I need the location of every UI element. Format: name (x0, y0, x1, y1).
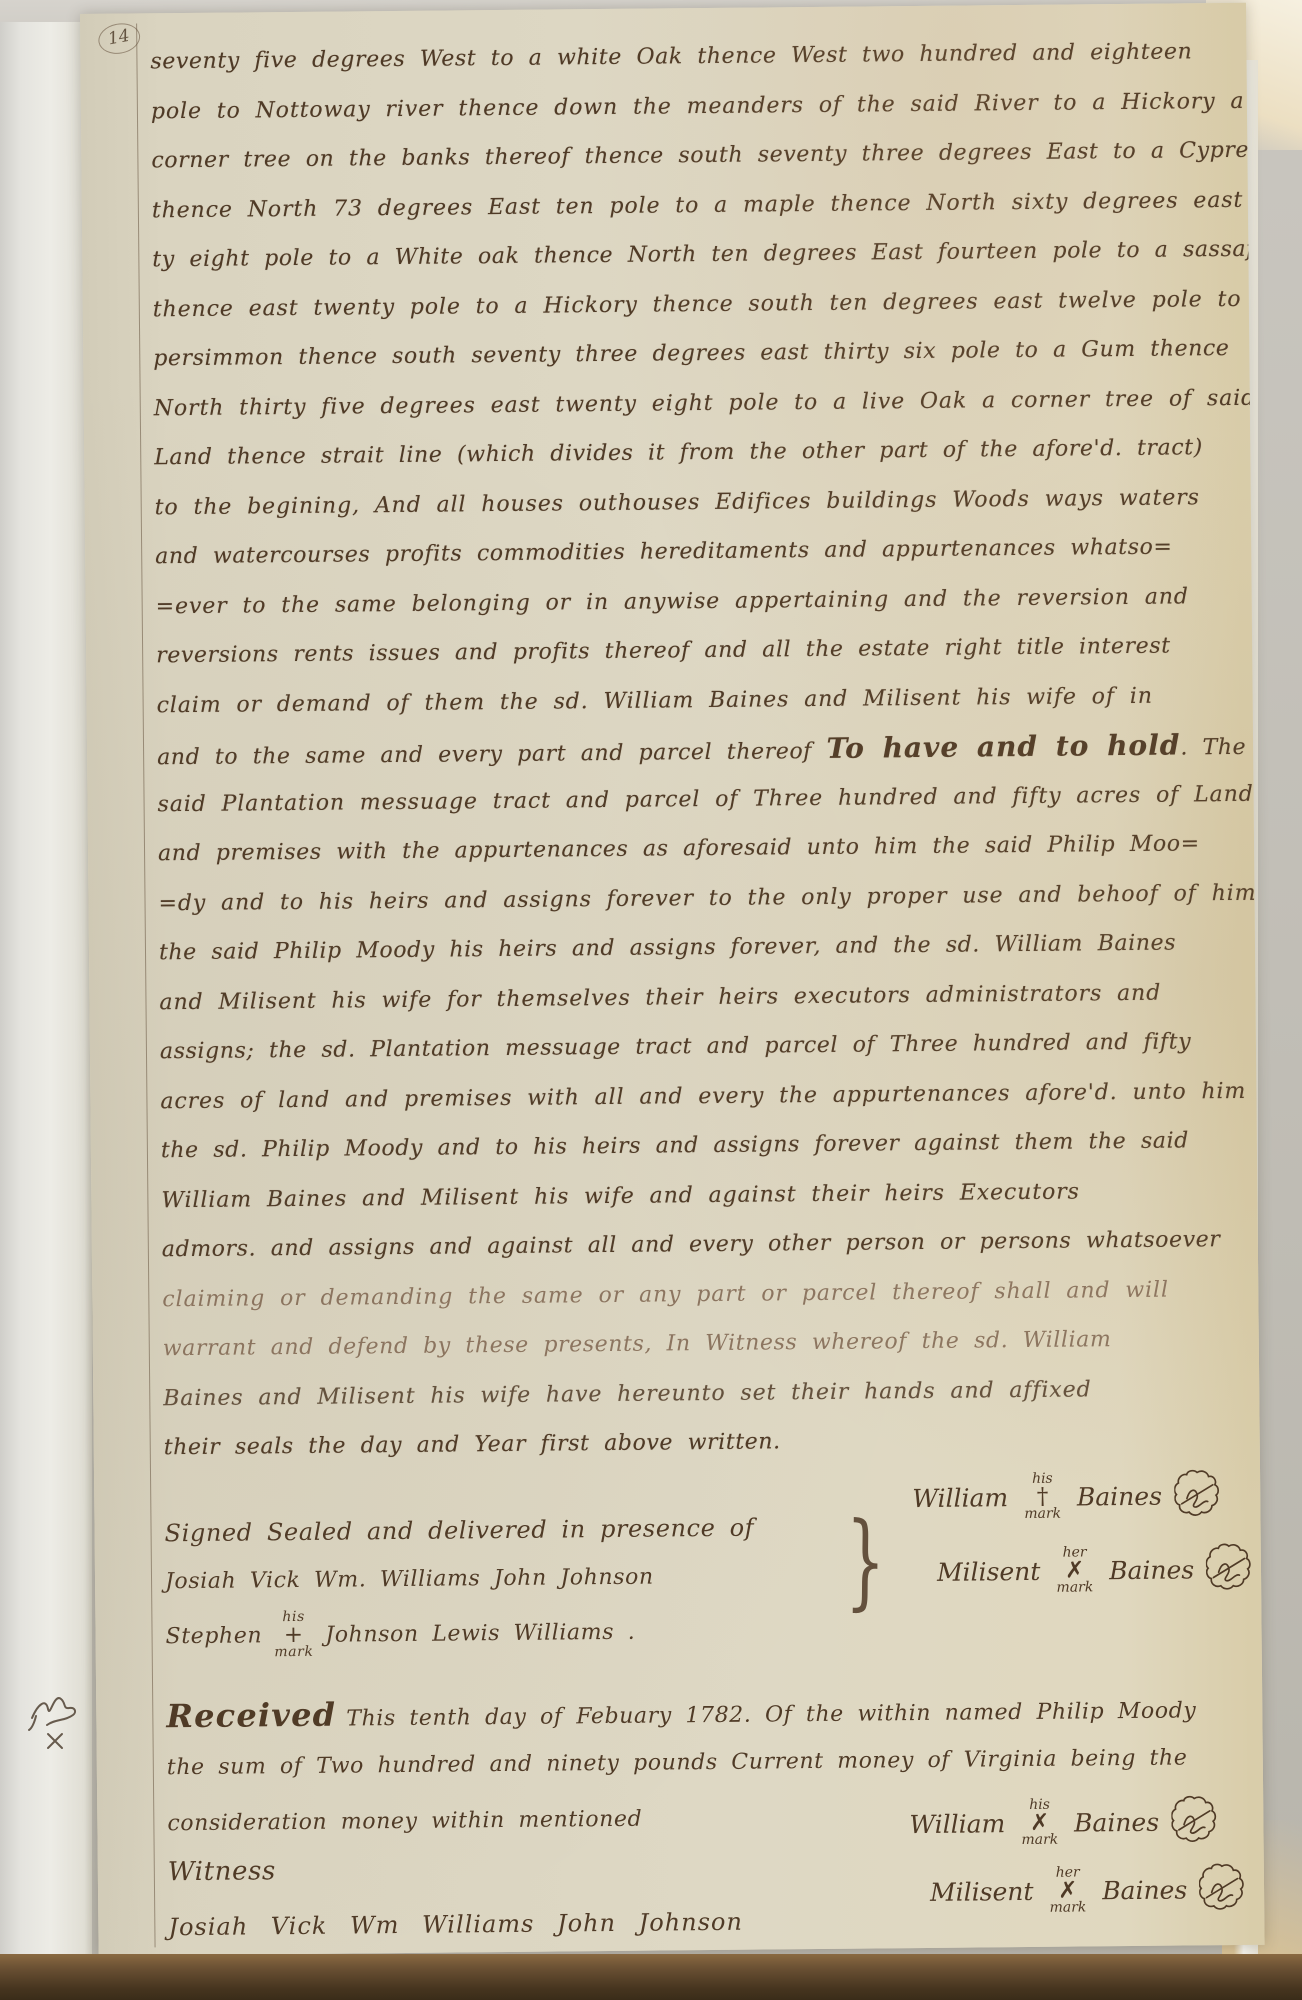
seal-icon (1171, 1795, 1217, 1847)
attestation-brace-icon: } (845, 1499, 886, 1623)
mark-bottom-label: mark (274, 1645, 313, 1660)
witness-mark-stack: his + mark (274, 1610, 314, 1660)
signature-surname: Baines (1102, 1875, 1187, 1905)
mark-bottom-label: mark (1050, 1901, 1087, 1916)
receipt-line-1-rest: This tenth day of Febuary 1782. Of the w… (346, 1698, 1196, 1731)
signature-mark-stack: her ✗ mark (1056, 1545, 1093, 1595)
signature-milisent-baines-receipt: Milisent her ✗ mark Baines (930, 1863, 1246, 1918)
witness-given-name: Stephen (165, 1623, 262, 1649)
signature-milisent-baines-deed: Milisent her ✗ mark Baines (937, 1543, 1253, 1598)
deed-line: Baines and Milisent his wife have hereun… (163, 1363, 1259, 1423)
witness-names-line: Josiah Vick Wm. Williams John Johnson (165, 1565, 654, 1595)
receipt-witness-names: Josiah Vick Wm Williams John Johnson (168, 1908, 743, 1942)
attestation-presence-line: Signed Sealed and delivered in presence … (164, 1514, 754, 1548)
seal-icon (1199, 1863, 1245, 1915)
signature-william-baines-receipt: William his ✗ mark Baines (909, 1795, 1217, 1850)
signature-surname: Baines (1109, 1555, 1194, 1585)
mark-symbol: ✗ (1030, 1812, 1049, 1833)
signature-mark-stack: her ✗ mark (1049, 1865, 1086, 1915)
signature-william-baines-deed: William his † mark Baines (912, 1469, 1220, 1524)
deed-text: seventy five degrees West to a white Oak… (150, 27, 1260, 1473)
signature-mark-stack: his ✗ mark (1021, 1798, 1058, 1848)
clerk-margin-flourish-icon (24, 1682, 102, 1766)
seal-icon (1174, 1469, 1220, 1521)
wood-table-edge (0, 1954, 1302, 2000)
mark-symbol: ✗ (1058, 1880, 1077, 1901)
receipt-line-1: ReceivedThis tenth day of Febuary 1782. … (166, 1687, 1196, 1735)
mark-symbol: + (284, 1625, 304, 1646)
signature-mark-stack: his † mark (1024, 1472, 1061, 1522)
mark-symbol: † (1037, 1486, 1049, 1507)
receipt-lead-word: Received (166, 1696, 336, 1736)
photograph: 14 seventy five degrees West to a white … (0, 0, 1302, 2000)
emphasis-phrase: To have and to hold (826, 728, 1180, 764)
signature-surname: Baines (1077, 1481, 1162, 1511)
receipt-line-2: the sum of Two hundred and ninety pounds… (167, 1745, 1188, 1780)
page-left-folded-edge (0, 22, 92, 1958)
seal-icon (1206, 1543, 1252, 1595)
receipt-line-3: consideration money within mentioned (167, 1807, 642, 1837)
mark-bottom-label: mark (1024, 1507, 1061, 1522)
signature-given-name: William (909, 1809, 1005, 1839)
deed-line: their seals the day and Year first above… (164, 1413, 1260, 1473)
signature-given-name: Milisent (937, 1556, 1041, 1586)
signature-given-name: Milisent (930, 1876, 1034, 1906)
mark-symbol: ✗ (1065, 1560, 1084, 1581)
deed-line: the sd. Philip Moody and to his heirs an… (161, 1116, 1257, 1176)
witness-rest: Johnson Lewis Williams . (325, 1619, 635, 1647)
witness-mark-line: Stephen his + mark Johnson Lewis William… (165, 1607, 635, 1662)
manuscript-page: 14 seventy five degrees West to a white … (80, 3, 1265, 1956)
signature-given-name: William (912, 1483, 1008, 1513)
receipt-witness-label: Witness (168, 1856, 276, 1887)
mark-bottom-label: mark (1021, 1833, 1058, 1848)
mark-bottom-label: mark (1056, 1581, 1093, 1596)
signature-surname: Baines (1074, 1807, 1159, 1837)
